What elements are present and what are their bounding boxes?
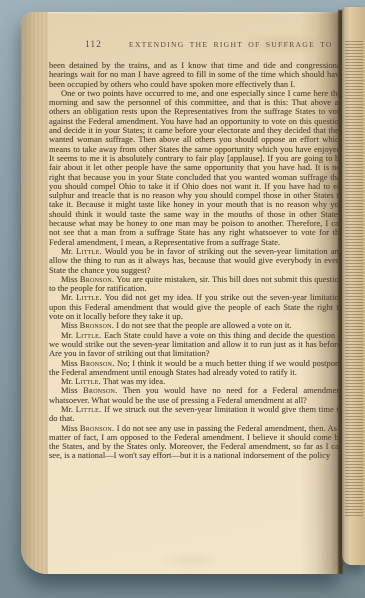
book-page: 112 EXTENDING THE RIGHT OF SUFFRAGE TO W… [21, 12, 340, 574]
paragraph: Mr. Little. Would you be in favor of str… [49, 247, 340, 275]
page-fore-edge [21, 12, 48, 574]
page-header: 112 EXTENDING THE RIGHT OF SUFFRAGE TO W… [49, 12, 340, 50]
paragraph: Miss Bronson. Then you would have no nee… [49, 386, 340, 405]
paragraph: Miss Bronson. You are quite mistaken, si… [49, 275, 340, 294]
paragraph: Mr. Little. You did not get my idea. If … [49, 293, 340, 321]
paragraph: Miss Bronson. No; I think it would be a … [49, 359, 340, 378]
running-title: EXTENDING THE RIGHT OF SUFFRAGE TO WOMEN… [129, 40, 340, 49]
book-photo: 112 EXTENDING THE RIGHT OF SUFFRAGE TO W… [0, 0, 365, 598]
paragraph: Miss Bronson. I do not see any use in pa… [49, 424, 340, 461]
paragraph: One or two points have occurred to me, a… [49, 89, 340, 247]
facing-page-edge [342, 7, 365, 565]
page-text: been detained by the trains, and as I kn… [49, 61, 340, 461]
paragraph: Mr. Little. Each State could have a vote… [49, 331, 340, 359]
page-number: 112 [85, 40, 102, 50]
paragraph: Mr. Little. If we struck out the seven-y… [49, 405, 340, 424]
paragraph: been detained by the trains, and as I kn… [49, 61, 340, 89]
page-content: 112 EXTENDING THE RIGHT OF SUFFRAGE TO W… [49, 12, 340, 574]
